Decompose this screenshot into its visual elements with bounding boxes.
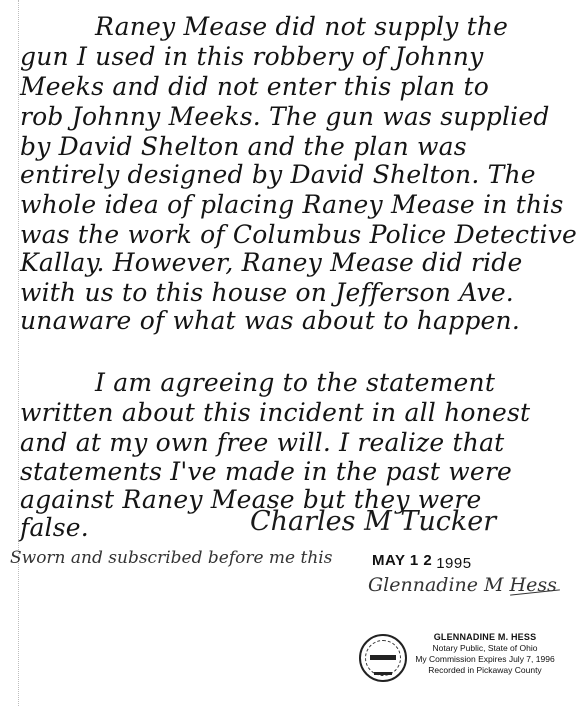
date-stamp: MAY 1 21995 [372,552,472,569]
date-stamp-month-day: MAY 1 2 [372,552,432,569]
statement-line: unaware of what was about to happen. [20,308,520,333]
statement-line: by David Shelton and the plan was [20,134,467,159]
statement-line: Raney Mease did not supply the [95,14,508,39]
notary-name: GLENNADINE M. HESS [410,632,560,643]
statement-line: gun I used in this robbery of Johnny [20,44,483,69]
statement-line: statements I've made in the past were [20,459,512,484]
statement-line: I am agreeing to the statement [95,370,495,395]
statement-line: whole idea of placing Raney Mease in thi… [20,192,564,217]
date-stamp-year: 1995 [436,555,471,572]
ohio-seal-icon [359,634,407,682]
notary-commission: My Commission Expires July 7, 1996 [410,654,560,665]
seal-figures [374,662,392,675]
statement-line: false. [20,515,89,540]
statement-line: was the work of Columbus Police Detectiv… [20,222,577,247]
page-margin-line [18,0,19,706]
statement-line: Kallay. However, Raney Mease did ride [20,250,522,275]
statement-line: entirely designed by David Shelton. The [20,162,536,187]
notary-stamp: GLENNADINE M. HESS Notary Public, State … [410,632,560,676]
signatory-signature: Charles M Tucker [250,506,496,537]
notary-recorded: Recorded in Pickaway County [410,665,560,676]
statement-line: written about this incident in all hones… [20,400,530,425]
statement-line: and at my own free will. I realize that [20,430,504,455]
statement-line: rob Johnny Meeks. The gun was supplied [20,104,550,129]
sworn-subscribed-line: Sworn and subscribed before me this [10,548,332,568]
statement-line: with us to this house on Jefferson Ave. [20,280,514,305]
statement-line: Meeks and did not enter this plan to [20,74,489,99]
notary-title: Notary Public, State of Ohio [410,643,560,654]
seal-band [370,655,396,660]
